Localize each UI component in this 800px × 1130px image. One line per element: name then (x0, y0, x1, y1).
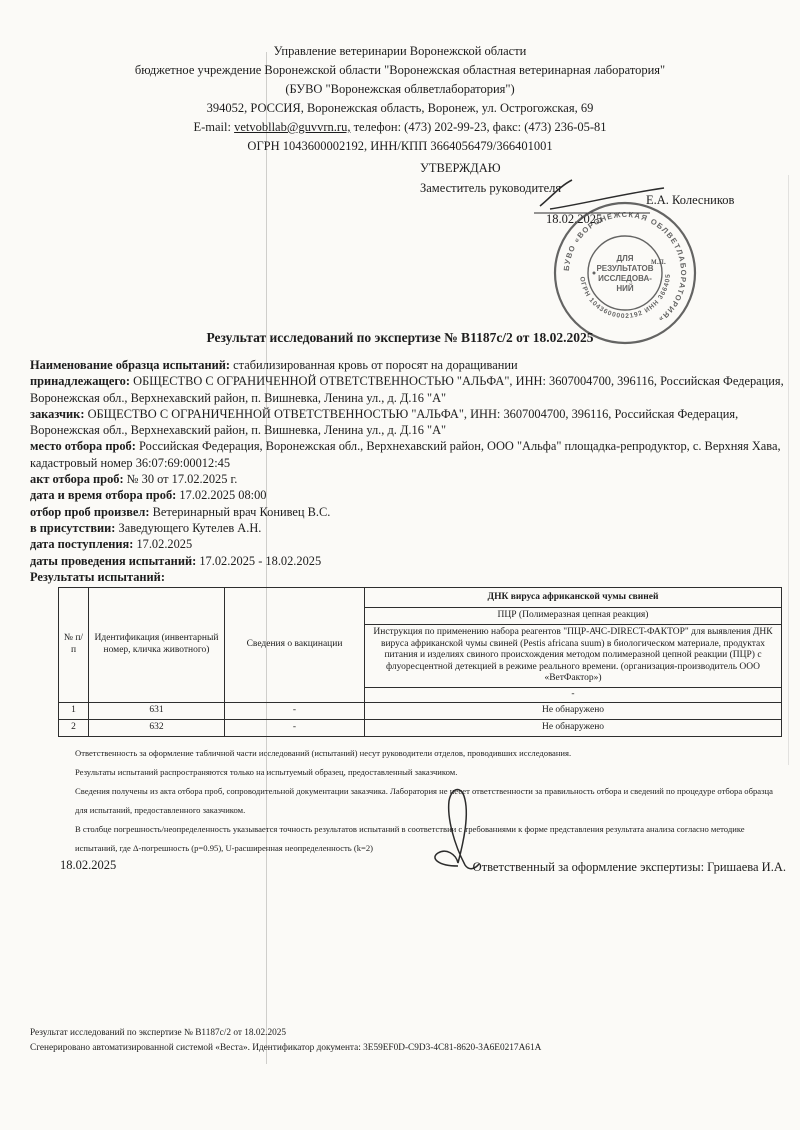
document-footer: Результат исследований по экспертизе № В… (30, 1026, 770, 1055)
table-row: 1 631 - Не обнаружено (59, 702, 782, 719)
document-page: Управление ветеринарии Воронежской облас… (0, 0, 800, 1130)
signoff-label: Ответственный за оформление экспертизы: … (473, 860, 786, 875)
round-stamp: БУВО «ВОРОНЕЖСКАЯ ОБЛВЕТЛАБОРАТОРИЯ» ОГР… (550, 198, 700, 348)
row-id: 631 (89, 702, 225, 719)
col-header-identification: Идентификация (инвентарный номер, кличка… (89, 588, 225, 703)
col-header-num: № п/п (59, 588, 89, 703)
footer-line1: Результат исследований по экспертизе № В… (30, 1026, 770, 1041)
footnote: Ответственность за оформление табличной … (75, 744, 787, 763)
sample-details: Наименование образца испытаний: стабилиз… (30, 357, 786, 585)
org-name-line3: (БУВО "Воронежская облветлаборатория") (0, 80, 800, 99)
signoff-date: 18.02.2025 (60, 858, 116, 873)
col-header-test-group: ДНК вируса африканской чумы свиней (365, 588, 782, 608)
row-vaccination: - (225, 719, 365, 736)
row-num: 2 (59, 719, 89, 736)
scan-edge-line (788, 175, 789, 765)
stamp-center-line4: НИЙ (616, 284, 634, 293)
org-contacts: E-mail: vetvobllab@guvvrn.ru, телефон: (… (0, 118, 800, 137)
stamp-place-mark: м.п. (651, 256, 666, 266)
table-header-row: № п/п Идентификация (инвентарный номер, … (59, 588, 782, 608)
approve-word: УТВЕРЖДАЮ (420, 158, 561, 178)
detail-line: заказчик: ОБЩЕСТВО С ОГРАНИЧЕННОЙ ОТВЕТС… (30, 406, 786, 439)
footnote: Результаты испытаний распространяются то… (75, 763, 787, 782)
org-ogrn-inn: ОГРН 1043600002192, ИНН/КПП 3664056479/3… (0, 137, 800, 156)
stamp-center-line2: РЕЗУЛЬТАТОВ (596, 264, 653, 273)
row-id: 632 (89, 719, 225, 736)
detail-line: дата поступления: 17.02.2025 (30, 536, 786, 552)
detail-line: в присутствии: Заведующего Кутелев А.Н. (30, 520, 786, 536)
detail-line: принадлежащего: ОБЩЕСТВО С ОГРАНИЧЕННОЙ … (30, 373, 786, 406)
detail-line: отбор проб произвел: Ветеринарный врач К… (30, 504, 786, 520)
phone-fax: телефон: (473) 202-99-23, факс: (473) 23… (354, 120, 607, 134)
col-header-vaccination: Сведения о вакцинации (225, 588, 365, 703)
org-name-line1: Управление ветеринарии Воронежской облас… (0, 42, 800, 61)
stamp-center-line1: ДЛЯ (616, 254, 633, 263)
detail-line: место отбора проб: Российская Федерация,… (30, 438, 786, 471)
method-instruction: Инструкция по применению набора реагенто… (365, 625, 782, 688)
detail-line: даты проведения испытаний: 17.02.2025 - … (30, 553, 786, 569)
row-vaccination: - (225, 702, 365, 719)
results-table: № п/п Идентификация (инвентарный номер, … (58, 587, 782, 737)
document-title: Результат исследований по экспертизе № В… (0, 330, 800, 346)
row-result: Не обнаружено (365, 702, 782, 719)
detail-line: дата и время отбора проб: 17.02.2025 08:… (30, 487, 786, 503)
org-header: Управление ветеринарии Воронежской облас… (0, 42, 800, 156)
org-address: 394052, РОССИЯ, Воронежская область, Вор… (0, 99, 800, 118)
email-link[interactable]: vetvobllab@guvvrn.ru, (234, 120, 350, 134)
detail-line: Результаты испытаний: (30, 569, 786, 585)
org-name-line2: бюджетное учреждение Воронежской области… (0, 61, 800, 80)
method-header: ПЦР (Полимеразная цепная реакция) (365, 608, 782, 625)
row-result: Не обнаружено (365, 719, 782, 736)
email-label: E-mail: (193, 120, 231, 134)
accuracy-dash: - (365, 688, 782, 703)
table-row: 2 632 - Не обнаружено (59, 719, 782, 736)
footer-line2: Сгенерировано автоматизированной системо… (30, 1041, 770, 1056)
stamp-center-line3: ИССЛЕДОВА- (598, 274, 652, 283)
detail-line: Наименование образца испытаний: стабилиз… (30, 357, 786, 373)
detail-line: акт отбора проб: № 30 от 17.02.2025 г. (30, 471, 786, 487)
row-num: 1 (59, 702, 89, 719)
